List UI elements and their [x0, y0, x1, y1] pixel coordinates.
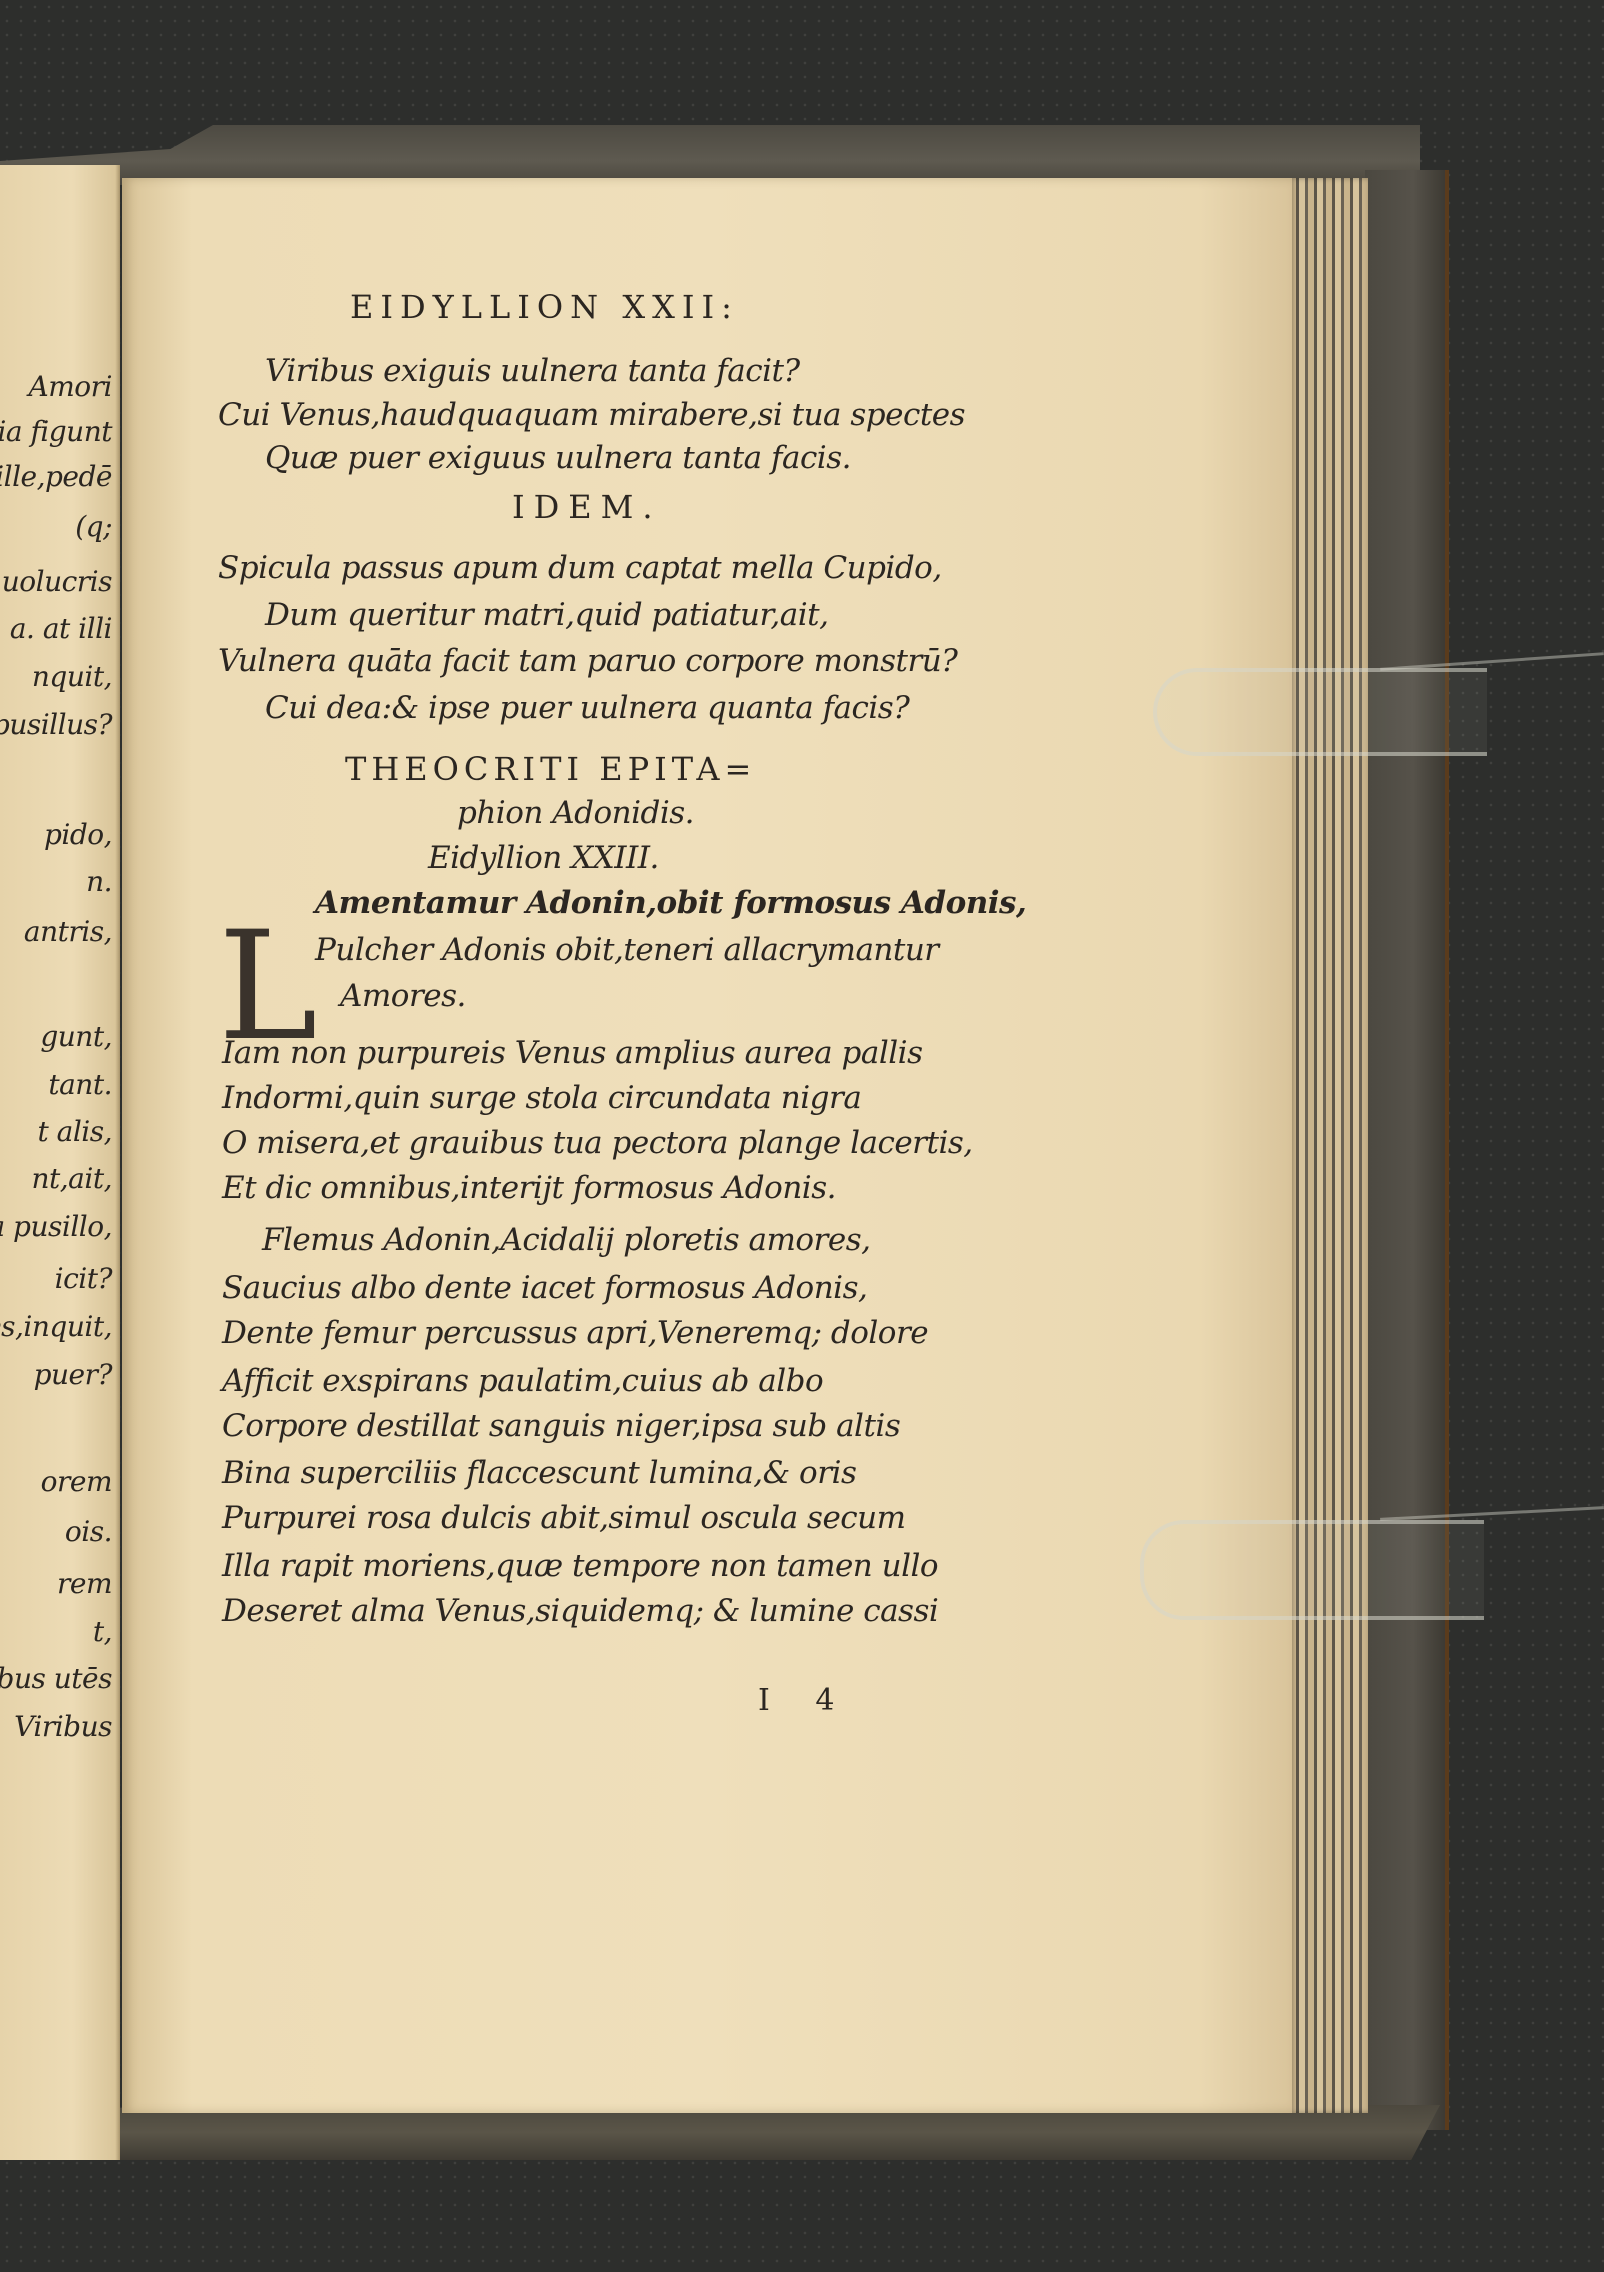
- poem-line: Flemus Adonin,Acidalij ploretis amores,: [262, 1222, 870, 1258]
- left-page-fragment: (q;: [75, 510, 112, 543]
- poem-line: Amores.: [340, 978, 466, 1014]
- poem-line: Corpore destillat sanguis niger,ipsa sub…: [222, 1408, 900, 1444]
- poem-line: Viribus exiguis uulnera tanta facit?: [265, 353, 800, 389]
- poem-line: Saucius albo dente iacet formosus Adonis…: [222, 1270, 867, 1306]
- poem-line: Et dic omnibus,interijt formosus Adonis.: [222, 1170, 836, 1206]
- poem-line: Illa rapit moriens,quæ tempore non tamen…: [222, 1548, 938, 1584]
- section-subtitle: Eidyllion XXIII.: [428, 840, 659, 876]
- left-page-fragment: uolucris: [2, 565, 112, 598]
- poem-line: Purpurei rosa dulcis abit,simul oscula s…: [222, 1500, 906, 1536]
- left-page-fragment: tant.: [48, 1068, 112, 1101]
- page-block-edges: [1290, 178, 1368, 2113]
- left-page-fragment: es,inquit,: [0, 1310, 112, 1343]
- signature-mark: I 4: [758, 1683, 852, 1718]
- left-page-fragment: t,: [93, 1615, 112, 1648]
- left-page: Amori ia figunt ille,pedē (q; uolucris a…: [0, 165, 120, 2160]
- poem-line: Iam non purpureis Venus amplius aurea pa…: [222, 1035, 923, 1071]
- left-page-fragment: ois.: [65, 1515, 112, 1548]
- section-title-epitaphion: THEOCRITI EPITA=: [345, 750, 756, 788]
- left-page-fragment: antris,: [24, 915, 112, 948]
- poem-line: Amentamur Adonin,obit formosus Adonis,: [315, 885, 1026, 921]
- poem-line: Spicula passus apum dum captat mella Cup…: [218, 550, 942, 586]
- section-title-idem: IDEM.: [512, 488, 662, 526]
- poem-line: Cui Venus,haudquaquam mirabere,si tua sp…: [218, 397, 965, 433]
- poem-line: Cui dea:& ipse puer uulnera quanta facis…: [265, 690, 909, 726]
- poem-line: O misera,et grauibus tua pectora plange …: [222, 1125, 973, 1161]
- poem-line: Afficit exspirans paulatim,cuius ab albo: [222, 1363, 823, 1399]
- poem-line: Quæ puer exiguus uulnera tanta facis.: [265, 440, 851, 476]
- left-page-fragment: rem: [57, 1567, 112, 1600]
- paper-clip-bottom: [1140, 1520, 1484, 1620]
- poem-line: Bina superciliis flaccescunt lumina,& or…: [222, 1455, 856, 1491]
- left-page-fragment: icit?: [55, 1262, 112, 1295]
- left-page-fragment: pido,: [44, 818, 112, 851]
- left-page-fragment: ia figunt: [0, 415, 112, 448]
- left-page-fragment: orem: [41, 1465, 112, 1498]
- left-page-fragment: gunt,: [40, 1020, 112, 1053]
- left-page-fragment: n.: [86, 865, 112, 898]
- left-page-fragment: nt,ait,: [32, 1162, 113, 1195]
- left-page-fragment: t alis,: [37, 1115, 112, 1148]
- left-page-fragment: a pusillo,: [0, 1210, 112, 1243]
- book-cover-top-edge: [0, 125, 1420, 185]
- poem-line: Deseret alma Venus,siquidemq; & lumine c…: [222, 1593, 938, 1629]
- left-page-fragment: ille,pedē: [0, 460, 112, 493]
- poem-line: Vulnera quāta facit tam paruo corpore mo…: [218, 643, 957, 679]
- left-page-fragment: Viribus: [14, 1710, 112, 1743]
- poem-line: Dum queritur matri,quid patiatur,ait,: [265, 597, 828, 633]
- paper-clip-top: [1153, 668, 1487, 756]
- left-page-fragment: bus utēs: [0, 1662, 112, 1695]
- poem-line: Pulcher Adonis obit,teneri allacrymantur: [315, 932, 939, 968]
- section-title-epitaphion-continued: phion Adonidis.: [457, 795, 694, 831]
- poem-line: Dente femur percussus apri,Veneremq; dol…: [222, 1315, 928, 1351]
- left-page-fragment: a. at illi: [10, 612, 112, 645]
- book-cover-bottom-edge: [0, 2105, 1440, 2160]
- left-page-fragment: puer?: [34, 1358, 112, 1391]
- running-head: EIDYLLION XXII:: [350, 288, 739, 326]
- poem-line: Indormi,quin surge stola circundata nigr…: [222, 1080, 861, 1116]
- book-cover-right-edge: [1365, 170, 1449, 2130]
- left-page-fragment: Amori: [29, 370, 112, 403]
- left-page-fragment: pusillus?: [0, 708, 112, 741]
- left-page-fragment: nquit,: [32, 660, 112, 693]
